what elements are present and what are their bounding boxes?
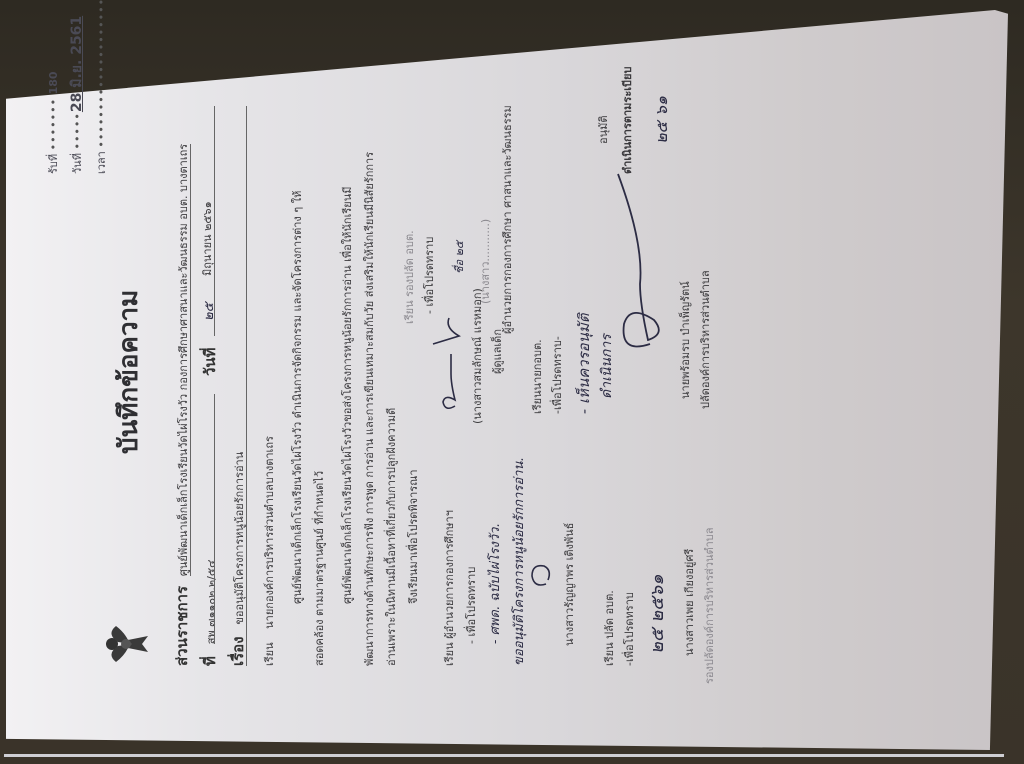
deputy-position: รองปลัดองค์การบริหารส่วนตำบล [700, 527, 718, 684]
director-comment-hand: ชื่อ ๒๕ [450, 241, 468, 274]
agency-label: ส่วนราชการ [173, 586, 191, 666]
approval-hand-date: ๒๕ ๖๑ [650, 96, 675, 144]
deputy-hand-date: ๒๕ ๒๕๖๑ [642, 574, 671, 654]
salutation-label: เรียน [263, 642, 276, 666]
para2-line1: ศูนย์พัฒนาเด็กเล็กโรงเรียนวัดไผ่โรงวัวขอ… [338, 187, 356, 604]
received-stamp: รับที่ ••••••• 180 วันที่ •••••28 มิ.ย. … [44, 0, 110, 174]
chief-position: ปลัดองค์การบริหารส่วนตำบล [696, 270, 714, 409]
stamp-date: 28 มิ.ย. 2561 [69, 16, 85, 112]
closing: จึงเรียนมาเพื่อโปรดพิจารณา [404, 469, 422, 604]
ref-label: ที่ [201, 656, 219, 666]
agency-value: ศูนย์พัฒนาเด็กเล็กโรงเรียนวัดไผ่โรงวัว ก… [177, 144, 191, 576]
deputy-comment-to: เรียน ปลัด อบต. [600, 590, 618, 666]
salutation-value: นายกองค์การบริหารส่วนตำบลบางตาเถร [263, 436, 276, 629]
stamp-number-label: รับที่ [47, 154, 60, 174]
deputy-name: นางสาวเพย เกียงอยู่ศรี [680, 549, 698, 656]
signer1-position: ผู้ดูแลเด็ก [488, 329, 506, 374]
ref-value: สพ ๗๑๑๐๒.๒/๕๔ [205, 560, 218, 645]
education-comment-hand1: - ศพด. ฉบับไผ่โรงวัว. [484, 523, 505, 644]
approval-action: ดำเนินการตามระเบียบ [618, 67, 636, 174]
subject-value: ขออนุมัติโครงการหนูน้อยรักการอ่าน [233, 452, 247, 625]
salutation: เรียน นายกองค์การบริหารส่วนตำบลบางตาเถร [260, 436, 278, 666]
stamp-date-label: วันที่ [71, 153, 84, 174]
date-label: วันที่ [198, 347, 222, 376]
chief-comment-line1: -เพื่อโปรดทราบ- [548, 336, 566, 414]
chief-hand1: - เห็นควรอนุมัติ [572, 313, 596, 414]
date-day: ๒๕ [198, 303, 219, 321]
director-comment-to: เรียน รองปลัด อบต. [400, 230, 418, 324]
stamp-time-label: เวลา [95, 151, 108, 174]
para2-line2: พัฒนาการทางด้านทักษะการฟัง การพูด การอ่า… [360, 152, 378, 666]
ref-row: ที่ สพ ๗๑๑๐๒.๒/๕๔ วันที่ ๒๕ มิถุนายน ๒๕๖… [198, 106, 222, 666]
para1-line1: ศูนย์พัฒนาเด็กเล็กโรงเรียนวัดไผ่โรงวัว ด… [288, 191, 306, 604]
education-comment-to: เรียน ผู้อำนวยการกองการศึกษาฯ [440, 510, 458, 666]
garuda-emblem-icon [102, 622, 152, 666]
signature-chief [610, 164, 670, 364]
education-signer-name: นางสาวรัญญาพร เติงพันธ์ [560, 523, 578, 646]
memo-document: บันทึกข้อความ รับที่ ••••••• 180 วันที่ … [20, 44, 1000, 744]
para1-line2: สอดคล้อง ตามมาตรฐานศูนย์ ที่กำหนดไว้ [310, 471, 328, 666]
signature-education [526, 554, 556, 594]
signer1-name: (นางสาวสมลักษณ์ แรหมอก) [468, 288, 486, 424]
director-comment-line1: - เพื่อโปรดทราบ [420, 237, 438, 314]
deputy-comment-line1: -เพื่อโปรดทราบ [620, 592, 638, 666]
para2-line3: อ่านเพราะในนิทานมีเนื้อหาที่เกี่ยวกับการ… [382, 408, 400, 666]
education-comment-line1: - เพื่อโปรดทราบ [462, 567, 480, 644]
stamp-time-dots: •••••••••••••••••••••• [95, 0, 108, 148]
signature-signer1 [425, 304, 465, 414]
director-name: (นางสาว...........) [476, 219, 494, 304]
chief-name: นายพร้อมรบ บำเพ็ญรัตน์ [676, 281, 694, 399]
memo-title: บันทึกข้อความ [108, 290, 149, 454]
paper-stack-edge [4, 754, 1004, 757]
approval-status: อนุมัติ [594, 115, 612, 144]
header-divider [246, 106, 247, 666]
agency-row: ส่วนราชการ ศูนย์พัฒนาเด็กเล็กโรงเรียนวัด… [170, 144, 194, 666]
subject-label: เรื่อง [229, 636, 247, 666]
chief-comment-to: เรียนนายกอบต. [528, 339, 546, 414]
stamp-number: 180 [47, 71, 60, 94]
director-position: ผู้อำนวยการกองการศึกษา ศาสนาและวัฒนธรรม [498, 105, 516, 334]
